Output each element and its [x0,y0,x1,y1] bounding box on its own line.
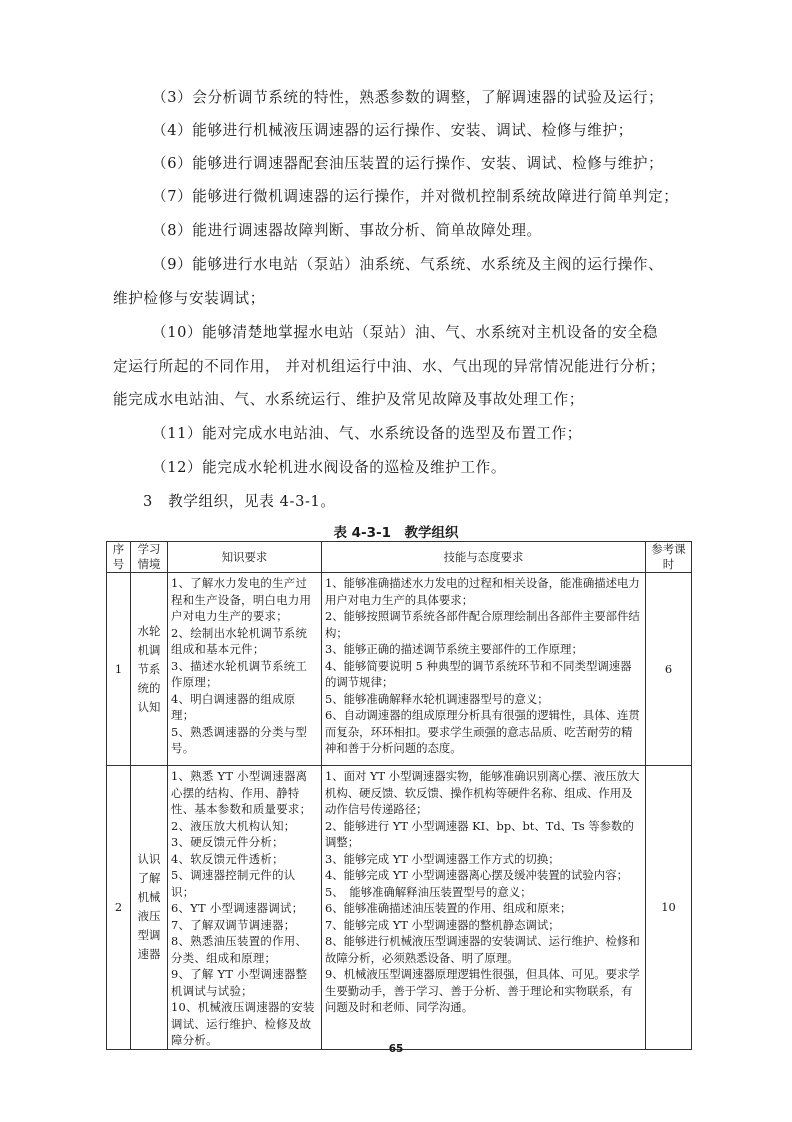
knowledge-item: 2、绘制出水轮机调节系统组成和基本元件； [171,625,318,658]
row-knowledge: 1、了解水力发电的生产过程和生产设备，明白电力用户对电力生产的要求； 2、绘制出… [168,573,322,766]
paragraph: 3 教学组织，见表 4-3-1。 [143,492,723,512]
knowledge-item: 1、熟悉 YT 小型调速器离心摆的结构、作用、静特性、基本参数和质量要求； [171,768,318,818]
skill-item: 3、能够完成 YT 小型调速器工作方式的切换； [325,851,642,868]
knowledge-item: 8、熟悉油压装置的作用、分类、组成和原理； [171,933,318,966]
skill-item: 9、机械液压型调速器原理逻辑性很强，但具体、可见。要求学生要勤动手，善于学习、善… [325,966,642,1016]
row-scene: 认识了解机械液压型调速器 [131,766,168,1050]
teaching-organization-table: 序号 学习情境 知识要求 技能与态度要求 参考课时 1 水轮机调节系统的认知 1… [106,541,692,1050]
paragraph: 能完成水电站油、气、水系统运行、维护及常见故障及事故处理工作； [113,390,693,410]
table-row: 2 认识了解机械液压型调速器 1、熟悉 YT 小型调速器离心摆的结构、作用、静特… [107,766,692,1050]
row-skills: 1、面对 YT 小型调速器实物，能够准确识别离心摆、液压放大机构、硬反馈、软反馈… [322,766,646,1050]
paragraph: （12）能完成水轮机进水阀设备的巡检及维护工作。 [152,458,732,478]
skill-item: 5、能够准确解释水轮机调速器型号的意义； [325,691,642,708]
row-num: 1 [107,573,131,766]
row-scene: 水轮机调节系统的认知 [131,573,168,766]
skill-item: 5、 能够准确解释油压装置型号的意义； [325,884,642,901]
skill-item: 2、能够进行 YT 小型调速器 KI、bp、bt、Td、Ts 等参数的调整； [325,818,642,851]
skill-item: 1、能够准确描述水力发电的过程和相关设备，能准确描述电力用户对电力生产的具体要求… [325,575,642,608]
knowledge-item: 4、软反馈元件透析； [171,851,318,868]
row-num: 2 [107,766,131,1050]
skill-item: 2、能够按照调节系统各部件配合原理绘制出各部件主要部件结构； [325,608,642,641]
table-caption: 表 4-3-1 教学组织 [0,521,792,541]
paragraph: （4）能够进行机械液压调速器的运行操作、安装、调试、检修与维护； [152,121,732,141]
row-knowledge: 1、熟悉 YT 小型调速器离心摆的结构、作用、静特性、基本参数和质量要求； 2、… [168,766,322,1050]
table-row: 1 水轮机调节系统的认知 1、了解水力发电的生产过程和生产设备，明白电力用户对电… [107,573,692,766]
page-number: 65 [0,1043,792,1055]
skill-item: 4、能够完成 YT 小型调速器离心摆及缓冲装置的试验内容； [325,867,642,884]
row-hours: 10 [646,766,692,1050]
knowledge-item: 7、了解双调节调速器； [171,917,318,934]
skill-item: 6、自动调速器的组成原理分析具有很强的逻辑性，具体、连贯而复杂，环环相扣。要求学… [325,707,642,757]
header-knowledge: 知识要求 [168,542,322,573]
paragraph: 定运行所起的不同作用， 并对机组运行中油、水、气出现的异常情况能进行分析； [113,357,693,377]
skill-item: 8、能够进行机械液压型调速器的安装调试、运行维护、检修和故障分析，必须熟悉设备、… [325,933,642,966]
paragraph: （3）会分析调节系统的特性，熟悉参数的调整，了解调速器的试验及运行； [152,88,732,108]
knowledge-item: 5、熟悉调速器的分类与型号。 [171,724,318,757]
knowledge-item: 10、机械液压调速器的安装调试、运行维护、检修及故障分析。 [171,999,318,1049]
knowledge-item: 3、硬反馈元件分析； [171,834,318,851]
paragraph: （11）能对完成水电站油、气、水系统设备的选型及布置工作； [152,424,732,444]
knowledge-item: 3、描述水轮机调节系统工作原理； [171,658,318,691]
knowledge-item: 1、了解水力发电的生产过程和生产设备，明白电力用户对电力生产的要求； [171,575,318,625]
paragraph: （6）能够进行调速器配套油压装置的运行操作、安装、调试、检修与维护； [152,154,732,174]
knowledge-item: 4、明白调速器的组成原理； [171,691,318,724]
paragraph: （7）能够进行微机调速器的运行操作，并对微机控制系统故障进行简单判定； [152,187,732,207]
table-header-row: 序号 学习情境 知识要求 技能与态度要求 参考课时 [107,542,692,573]
header-skills: 技能与态度要求 [322,542,646,573]
knowledge-item: 5、调速器控制元件的认识； [171,867,318,900]
row-skills: 1、能够准确描述水力发电的过程和相关设备，能准确描述电力用户对电力生产的具体要求… [322,573,646,766]
header-hours: 参考课时 [646,542,692,573]
paragraph: 维护检修与安装调试； [113,289,693,309]
skill-item: 6、能够准确描述油压装置的作用、组成和原来； [325,900,642,917]
paragraph: （9）能够进行水电站（泵站）油系统、气系统、水系统及主阀的运行操作、 [152,255,732,275]
knowledge-item: 2、液压放大机构认知； [171,818,318,835]
header-num: 序号 [107,542,131,573]
row-hours: 6 [646,573,692,766]
skill-item: 4、能够简要说明 5 种典型的调节系统环节和不同类型调速器的调节规律； [325,658,642,691]
header-scene: 学习情境 [131,542,168,573]
skill-item: 7、能够完成 YT 小型调速器的整机静态调试； [325,917,642,934]
paragraph: （8）能进行调速器故障判断、事故分析、简单故障处理。 [152,221,732,241]
paragraph: （10）能够清楚地掌握水电站（泵站）油、气、水系统对主机设备的安全稳 [152,323,732,343]
skill-item: 3、能够正确的描述调节系统主要部件的工作原理； [325,641,642,658]
knowledge-item: 9、了解 YT 小型调速器整机调试与试验； [171,966,318,999]
knowledge-item: 6、YT 小型调速器调试； [171,900,318,917]
skill-item: 1、面对 YT 小型调速器实物，能够准确识别离心摆、液压放大机构、硬反馈、软反馈… [325,768,642,818]
